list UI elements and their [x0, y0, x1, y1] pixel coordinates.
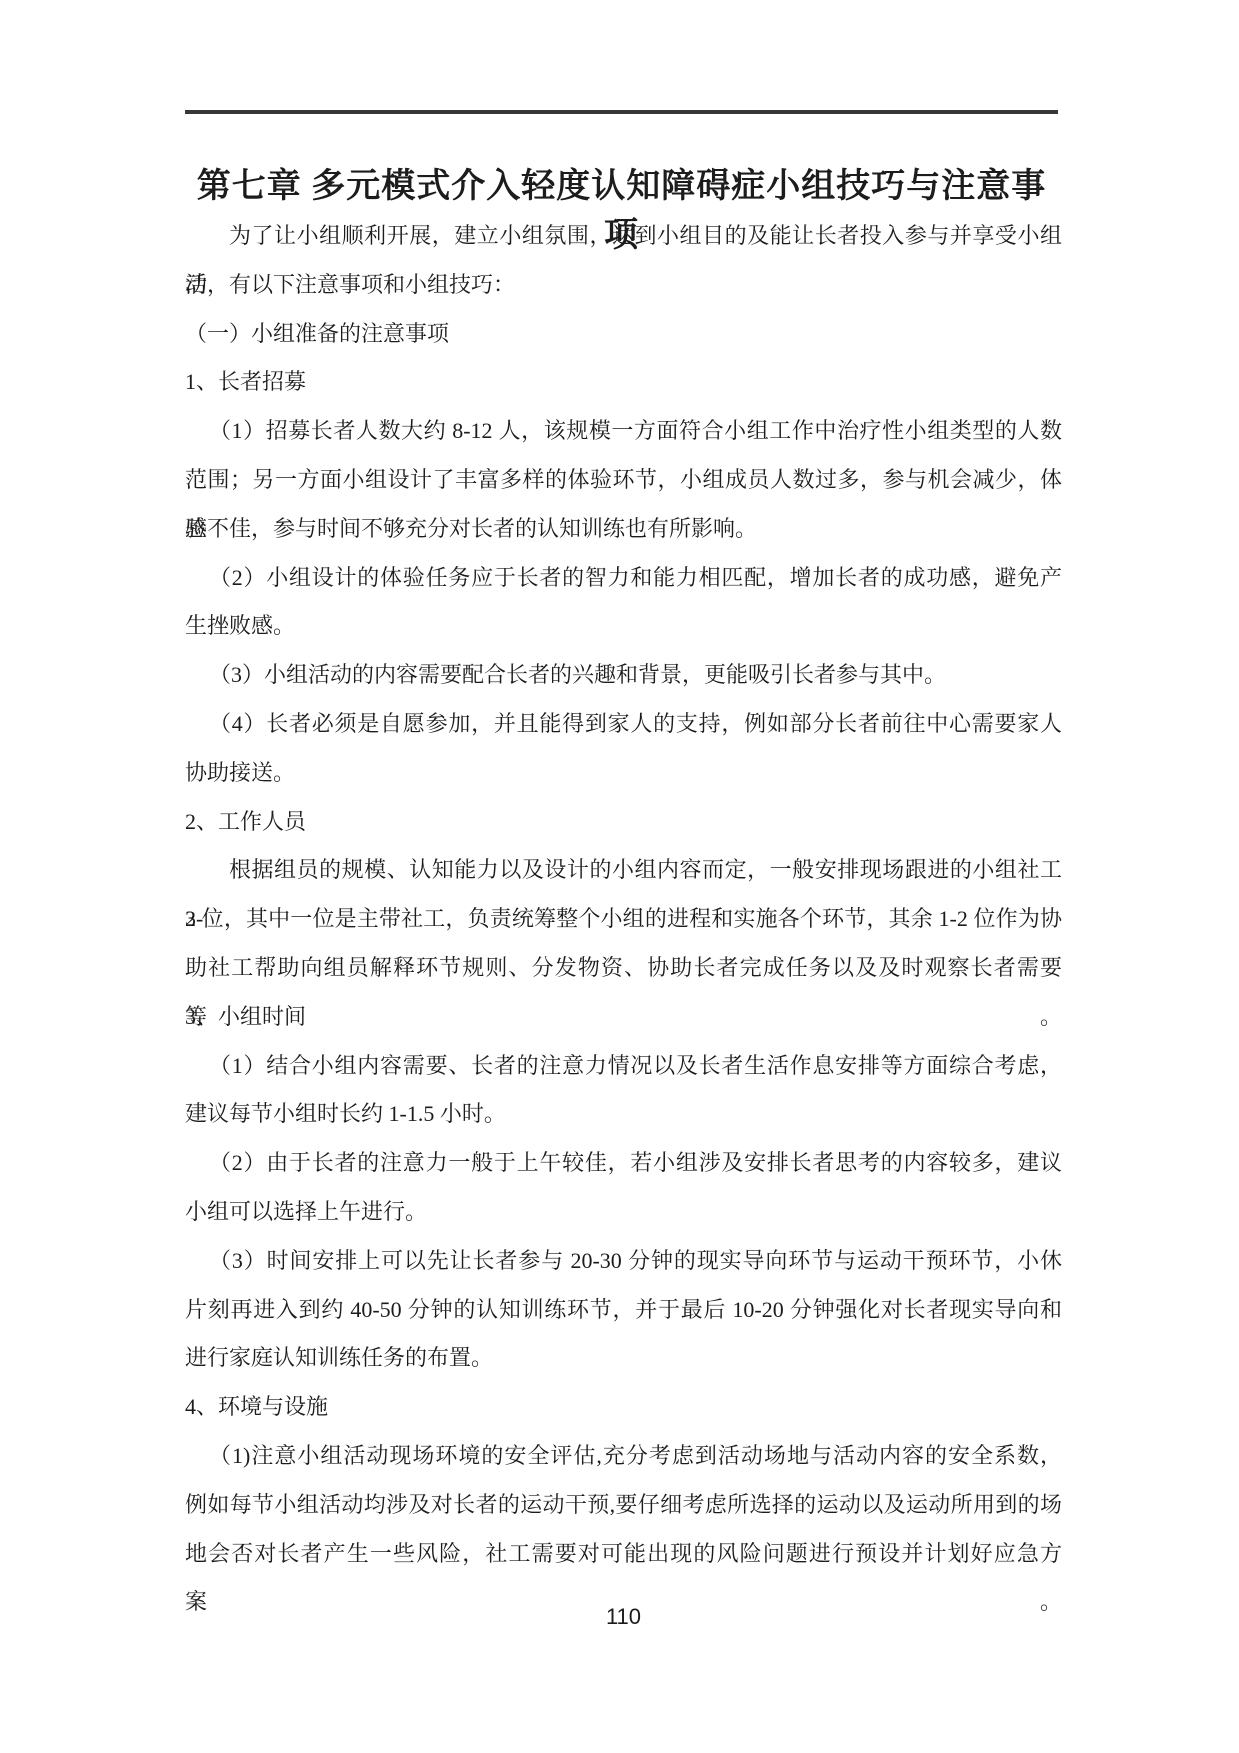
body-line: 范围；另一方面小组设计了丰富多样的体验环节，小组成员人数过多，参与机会减少，体验 [185, 456, 1062, 505]
document-page: 第七章 多元模式介入轻度认知障碍症小组技巧与注意事项 为了让小组顺利开展，建立小… [0, 0, 1239, 1753]
body-line: 感不佳，参与时间不够充分对长者的认知训练也有所影响。 [185, 505, 1062, 554]
body-line: （3）时间安排上可以先让长者参与 20-30 分钟的现实导向环节与运动干预环节，… [185, 1237, 1062, 1286]
body-line: （2）小组设计的体验任务应于长者的智力和能力相匹配，增加长者的成功感，避免产 [185, 554, 1062, 603]
body-line: 为了让小组顺利开展，建立小组氛围，达到小组目的及能让长者投入参与并享受小组活 [185, 212, 1062, 261]
item-heading: 1、长者招募 [185, 358, 1062, 407]
body-line: 3 位，其中一位是主带社工，负责统筹整个小组的进程和实施各个环节，其余 1-2 … [185, 895, 1062, 944]
body-line: （1）招募长者人数大约 8-12 人，该规模一方面符合小组工作中治疗性小组类型的… [185, 407, 1062, 456]
body-line: 生挫败感。 [185, 602, 1062, 651]
body-line: 动，有以下注意事项和小组技巧： [185, 261, 1062, 310]
body-line: 地会否对长者产生一些风险，社工需要对可能出现的风险问题进行预设并计划好应急方案。 [185, 1530, 1062, 1579]
body-line: （3）小组活动的内容需要配合长者的兴趣和背景，更能吸引长者参与其中。 [185, 651, 1062, 700]
body-line: 进行家庭认知训练任务的布置。 [185, 1334, 1062, 1383]
body-line: 助社工帮助向组员解释环节规则、分发物资、协助长者完成任务以及及时观察长者需要等。 [185, 944, 1062, 993]
header-rule [185, 110, 1058, 114]
body-line: （2）由于长者的注意力一般于上午较佳，若小组涉及安排长者思考的内容较多，建议 [185, 1139, 1062, 1188]
body-line: 例如每节小组活动均涉及对长者的运动干预,要仔细考虑所选择的运动以及运动所用到的场 [185, 1481, 1062, 1530]
body-line: 建议每节小组时长约 1-1.5 小时。 [185, 1090, 1062, 1139]
body-line: 片刻再进入到约 40-50 分钟的认知训练环节，并于最后 10-20 分钟强化对… [185, 1286, 1062, 1335]
body-line: （4）长者必须是自愿参加，并且能得到家人的支持，例如部分长者前往中心需要家人 [185, 700, 1062, 749]
body-line: （1）结合小组内容需要、长者的注意力情况以及长者生活作息安排等方面综合考虑， [185, 1042, 1062, 1091]
body-line: 根据组员的规模、认知能力以及设计的小组内容而定，一般安排现场跟进的小组社工 2- [185, 846, 1062, 895]
body-line: 协助接送。 [185, 749, 1062, 798]
document-body: 为了让小组顺利开展，建立小组氛围，达到小组目的及能让长者投入参与并享受小组活 动… [185, 212, 1062, 1578]
page-number: 110 [185, 1603, 1062, 1631]
body-line: 小组可以选择上午进行。 [185, 1188, 1062, 1237]
item-heading: 2、工作人员 [185, 798, 1062, 847]
section-heading: （一）小组准备的注意事项 [185, 310, 1062, 359]
item-heading: 4、环境与设施 [185, 1383, 1062, 1432]
body-line: （1)注意小组活动现场环境的安全评估,充分考虑到活动场地与活动内容的安全系数， [185, 1432, 1062, 1481]
